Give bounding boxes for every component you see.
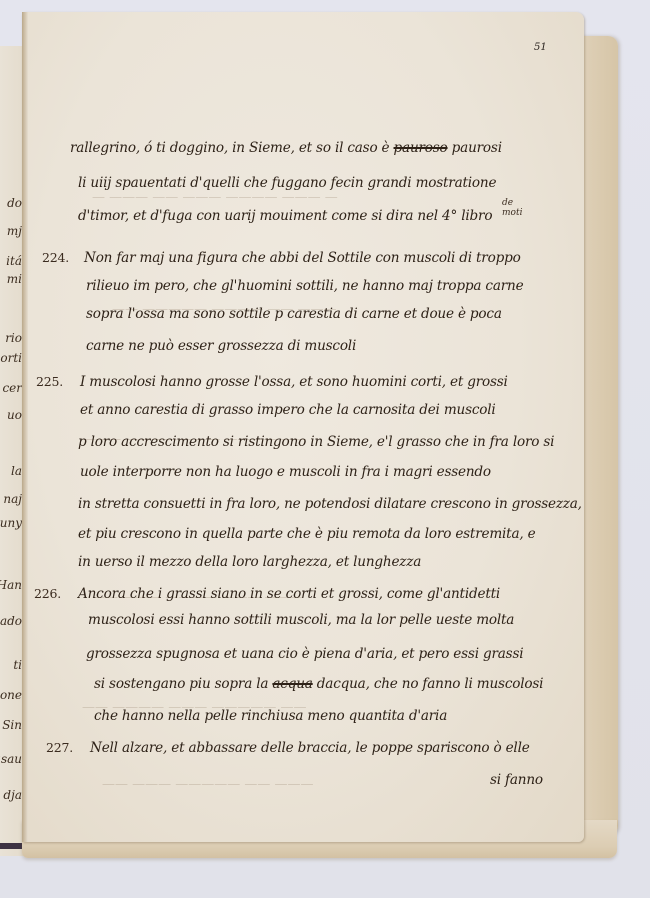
text-line: 225. I muscolosi hanno grosse l'ossa, et… <box>80 374 508 390</box>
struck-word: pauroso <box>394 140 448 156</box>
paragraph-number: 225. <box>36 374 63 389</box>
line-text: si fanno <box>490 772 543 788</box>
text-line: muscolosi essi hanno sottili muscoli, ma… <box>88 612 514 628</box>
leaf-edge-shadow <box>0 843 24 849</box>
leaf-fragment: one <box>0 688 22 702</box>
text-line: in stretta consuetti in fra loro, ne pot… <box>78 496 582 512</box>
text-line: uole interporre non ha luogo e muscoli i… <box>80 464 491 480</box>
leaf-fragment: Han <box>0 578 22 592</box>
leaf-fragment: la <box>11 464 22 478</box>
line-text: muscolosi essi hanno sottili muscoli, ma… <box>88 612 514 628</box>
leaf-fragment: rio <box>5 331 22 345</box>
line-text: carne ne può esser grossezza di muscoli <box>86 338 356 354</box>
text-line: si sostengano piu sopra la acqua dacqua,… <box>94 676 543 692</box>
leaf-fragment: ti <box>13 658 22 672</box>
line-text: Ancora che i grassi siano in se corti et… <box>78 586 500 602</box>
leaf-fragment: mj <box>7 224 22 238</box>
leaf-fragment: uny <box>0 516 22 530</box>
text-line: in uerso il mezzo della loro larghezza, … <box>78 554 421 570</box>
leaf-fragment: cer <box>2 381 22 395</box>
line-text: grossezza spugnosa et uana cio è piena d… <box>86 646 523 662</box>
manuscript-page: 51 — ——— ———— ——— —— ——— — ——— —— ———— —… <box>22 12 584 842</box>
line-text: d'timor, et d'fuga con uarij mouiment co… <box>78 208 492 224</box>
text-line: rilieuo im pero, che gl'huomini sottili,… <box>86 278 523 294</box>
line-text: uole interporre non ha luogo e muscoli i… <box>80 464 491 480</box>
line-text: in uerso il mezzo della loro larghezza, … <box>78 554 421 570</box>
bleed-through: ——— —— ————— ——— —— <box>102 777 314 792</box>
line-text: sopra l'ossa ma sono sottile p carestia … <box>86 306 502 322</box>
text-line: che hanno nella pelle rinchiusa meno qua… <box>94 708 447 724</box>
leaf-fragment: ado <box>0 614 22 628</box>
text-line: d'timor, et d'fuga con uarij mouiment co… <box>78 208 492 224</box>
line-text: dacqua, che no fanno li muscolosi <box>313 676 544 692</box>
bleed-through: — ——— ———— ——— —— ——— — <box>92 190 338 205</box>
line-text: paurosi <box>448 140 502 156</box>
text-line: p loro accrescimento si ristingono in Si… <box>78 434 554 450</box>
text-line: carne ne può esser grossezza di muscoli <box>86 338 356 354</box>
text-line: rallegrino, ó ti doggino, in Sieme, et s… <box>70 140 502 156</box>
text-line: et piu crescono in quella parte che è pi… <box>78 526 535 542</box>
text-line: et anno carestia di grasso impero che la… <box>80 402 496 418</box>
line-text: che hanno nella pelle rinchiusa meno qua… <box>94 708 447 724</box>
catchword-line: si fanno <box>490 772 543 788</box>
line-text: p loro accrescimento si ristingono in Si… <box>78 434 554 450</box>
leaf-fragment: n dja <box>0 788 22 802</box>
line-text: et piu crescono in quella parte che è pi… <box>78 526 535 542</box>
leaf-fragment: mi <box>7 272 22 286</box>
leaf-fragment: do <box>7 196 22 210</box>
folio-number: 51 <box>534 42 547 53</box>
text-line: 227. Nell alzare, et abbassare delle bra… <box>90 740 530 756</box>
line-text: in stretta consuetti in fra loro, ne pot… <box>78 496 582 512</box>
text-line: 226. Ancora che i grassi siano in se cor… <box>78 586 500 602</box>
line-text: I muscolosi hanno grosse l'ossa, et sono… <box>80 374 508 390</box>
interlinear-note: de moti <box>502 198 522 218</box>
line-text: et anno carestia di grasso impero che la… <box>80 402 496 418</box>
struck-word: acqua <box>272 676 312 692</box>
text-line: grossezza spugnosa et uana cio è piena d… <box>86 646 523 662</box>
line-text: Nell alzare, et abbassare delle braccia,… <box>90 740 530 756</box>
leaf-fragment: orti <box>0 351 22 365</box>
text-line: sopra l'ossa ma sono sottile p carestia … <box>86 306 502 322</box>
line-text: rilieuo im pero, che gl'huomini sottili,… <box>86 278 523 294</box>
line-text: Non far maj una figura che abbi del Sott… <box>84 250 521 266</box>
leaf-fragment: uo <box>7 408 22 422</box>
leaf-fragment: Sin <box>2 718 22 732</box>
leaf-fragment: usau <box>0 752 22 766</box>
paragraph-number: 226. <box>34 586 61 601</box>
paragraph-number: 227. <box>46 740 73 755</box>
leaf-fragment: naj <box>3 492 22 506</box>
paragraph-number: 224. <box>42 250 69 265</box>
line-text: li uiij spauentati d'quelli che fuggano … <box>78 175 496 191</box>
text-line: li uiij spauentati d'quelli che fuggano … <box>78 175 496 191</box>
leaf-fragment: itá <box>6 254 22 268</box>
line-text: si sostengano piu sopra la <box>94 676 268 692</box>
line-text: rallegrino, ó ti doggino, in Sieme, et s… <box>70 140 389 156</box>
text-line: 224. Non far maj una figura che abbi del… <box>84 250 521 266</box>
